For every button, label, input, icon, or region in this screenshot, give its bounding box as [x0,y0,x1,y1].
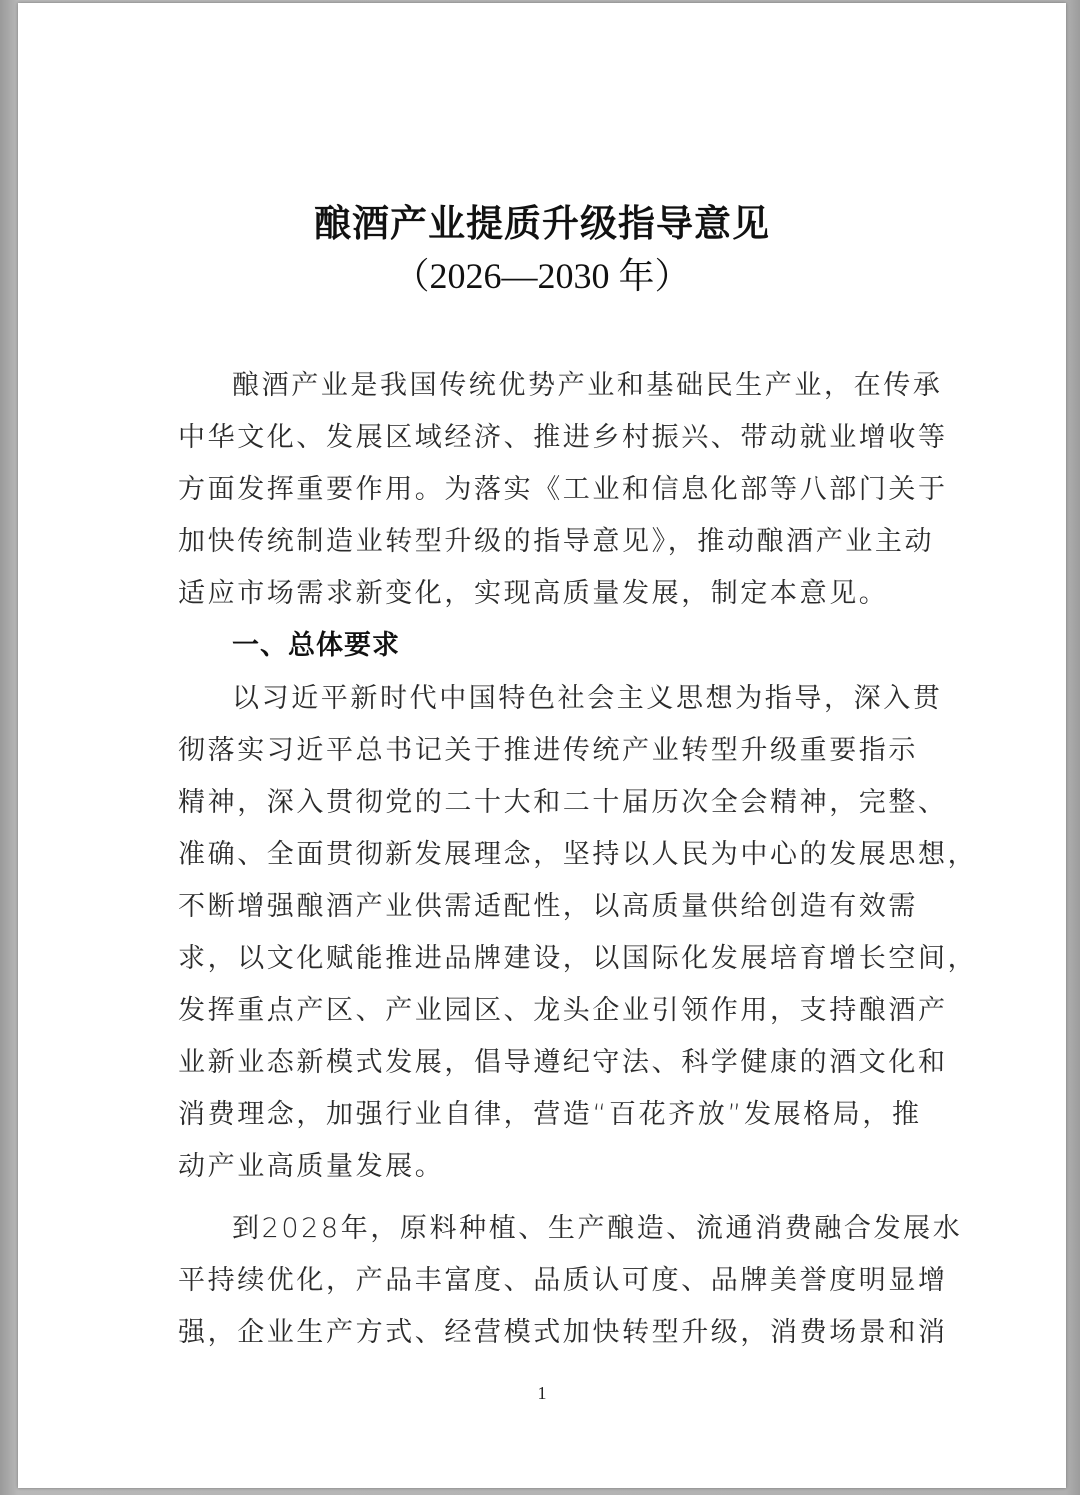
text-line: 彻落实习近平总书记关于推进传统产业转型升级重要指示 [178,728,908,767]
text-line: 强，企业生产方式、经营模式加快转型升级，消费场景和消 [178,1310,908,1349]
text-line: 平持续优化，产品丰富度、品质认可度、品牌美誉度明显增 [178,1258,908,1297]
text-line: 适应市场需求新变化，实现高质量发展，制定本意见。 [178,571,908,610]
text-line: 业新业态新模式发展，倡导遵纪守法、科学健康的酒文化和 [178,1040,908,1079]
text-line: 精神，深入贯彻党的二十大和二十届历次全会精神，完整、 [178,780,908,819]
document-page: 酿酒产业提质升级指导意见 （2026—2030 年） 酿酒产业是我国传统优势产业… [18,3,1066,1488]
page-number: 1 [18,1383,1066,1404]
text-line: 酿酒产业是我国传统优势产业和基础民生产业，在传承 [232,363,908,402]
text-line: 到2028年，原料种植、生产酿造、流通消费融合发展水 [232,1206,908,1245]
text-line: 求，以文化赋能推进品牌建设，以国际化发展培育增长空间， [178,936,908,975]
document-subtitle: （2026—2030 年） [18,248,1066,299]
text-line: 中华文化、发展区域经济、推进乡村振兴、带动就业增收等 [178,415,908,454]
section-heading: 一、总体要求 [232,623,400,662]
text-line: 准确、全面贯彻新发展理念，坚持以人民为中心的发展思想， [178,832,908,871]
document-title: 酿酒产业提质升级指导意见 [18,193,1066,247]
text-line: 不断增强酿酒产业供需适配性，以高质量供给创造有效需 [178,884,908,923]
text-line: 消费理念，加强行业自律，营造“百花齐放”发展格局，推 [178,1092,908,1131]
text-line: 动产业高质量发展。 [178,1144,908,1183]
text-line: 加快传统制造业转型升级的指导意见》，推动酿酒产业主动 [178,519,908,558]
text-line: 以习近平新时代中国特色社会主义思想为指导，深入贯 [232,676,908,715]
text-line: 发挥重点产区、产业园区、龙头企业引领作用，支持酿酒产 [178,988,908,1027]
text-line: 方面发挥重要作用。为落实《工业和信息化部等八部门关于 [178,467,908,506]
